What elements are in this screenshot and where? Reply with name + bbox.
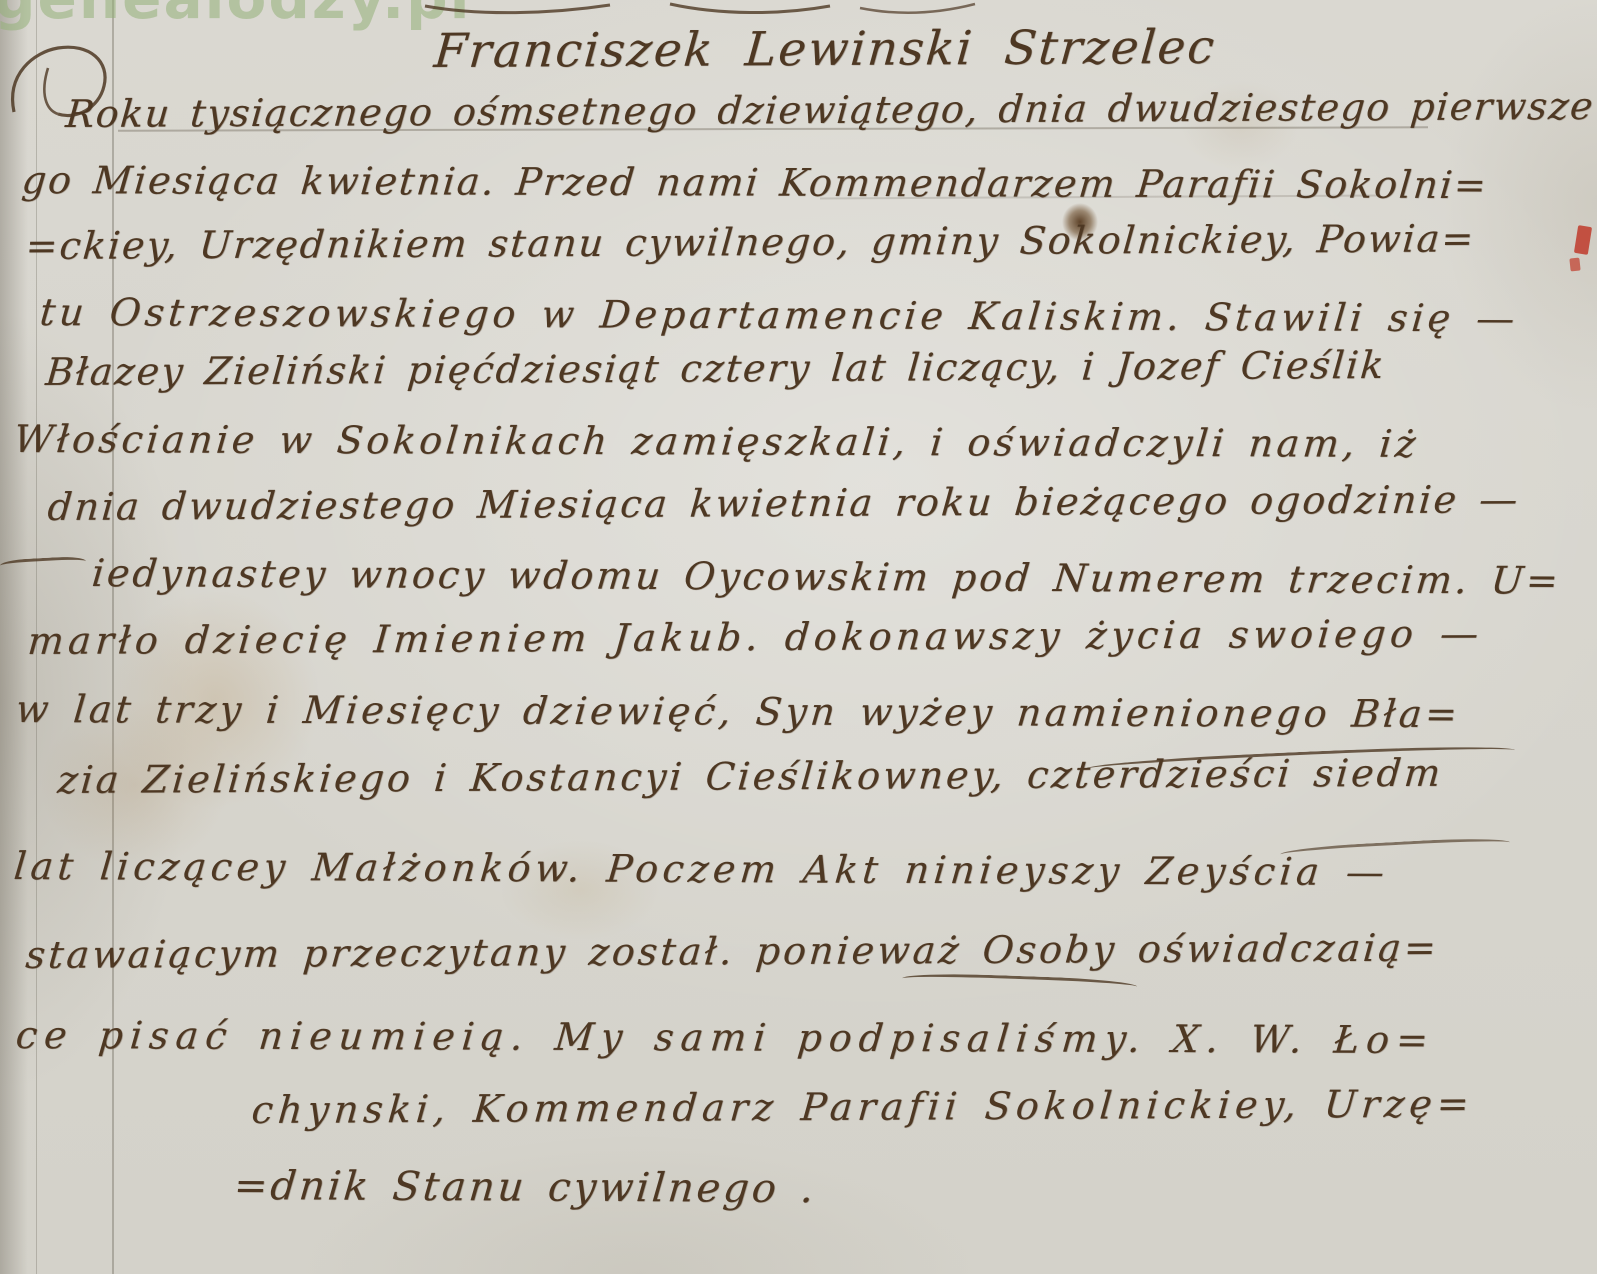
record-title: Franciszek Lewinski Strzelec <box>432 20 1218 79</box>
red-edge-mark <box>1574 225 1592 255</box>
clipped-text-fragment <box>420 0 980 18</box>
manuscript-line: stawaiącym przeczytany został. ponieważ … <box>24 926 1441 977</box>
document-scan: genealodzy.pl Franciszek Lewinski Strzel… <box>0 0 1597 1274</box>
manuscript-line: zia Zielińskiego i Kostancyi Cieślikowne… <box>56 751 1445 802</box>
manuscript-line: ce pisać nieumieią. My sami podpisaliśmy… <box>14 1013 1437 1062</box>
manuscript-line: dnia dwudziestego Miesiąca kwietnia roku… <box>46 477 1522 529</box>
manuscript-line: Włościanie w Sokolnikach zamięszkali, i … <box>12 417 1421 466</box>
manuscript-line: marło dziecię Imieniem Jakub. dokonawszy… <box>26 611 1484 663</box>
manuscript-line: iedynastey wnocy wdomu Oycowskim pod Num… <box>90 551 1563 603</box>
manuscript-line: w lat trzy i Miesięcy dziewięć, Syn wyże… <box>14 687 1463 736</box>
manuscript-line: go Miesiąca kwietnia. Przed nami Kommend… <box>20 158 1490 207</box>
watermark-text: genealodzy.pl <box>0 0 472 32</box>
manuscript-line: =dnik Stanu cywilnego . <box>232 1163 819 1212</box>
manuscript-line: tu Ostrzeszowskiego w Departamencie Kali… <box>38 290 1520 340</box>
manuscript-line: =ckiey, Urzędnikiem stanu cywilnego, gmi… <box>24 216 1477 268</box>
manuscript-line: chynski, Kommendarz Parafii Sokolnickiey… <box>250 1082 1476 1132</box>
manuscript-line: Błazey Zieliński pięćdziesiąt cztery lat… <box>44 343 1387 394</box>
pen-underline <box>902 972 1137 993</box>
red-edge-mark <box>1569 258 1580 272</box>
pen-dash <box>0 556 86 571</box>
manuscript-line: Roku tysiącznego ośmsetnego dziewiątego,… <box>64 84 1596 136</box>
manuscript-line: lat liczącey Małżonków. Poczem Akt ninie… <box>12 844 1391 894</box>
